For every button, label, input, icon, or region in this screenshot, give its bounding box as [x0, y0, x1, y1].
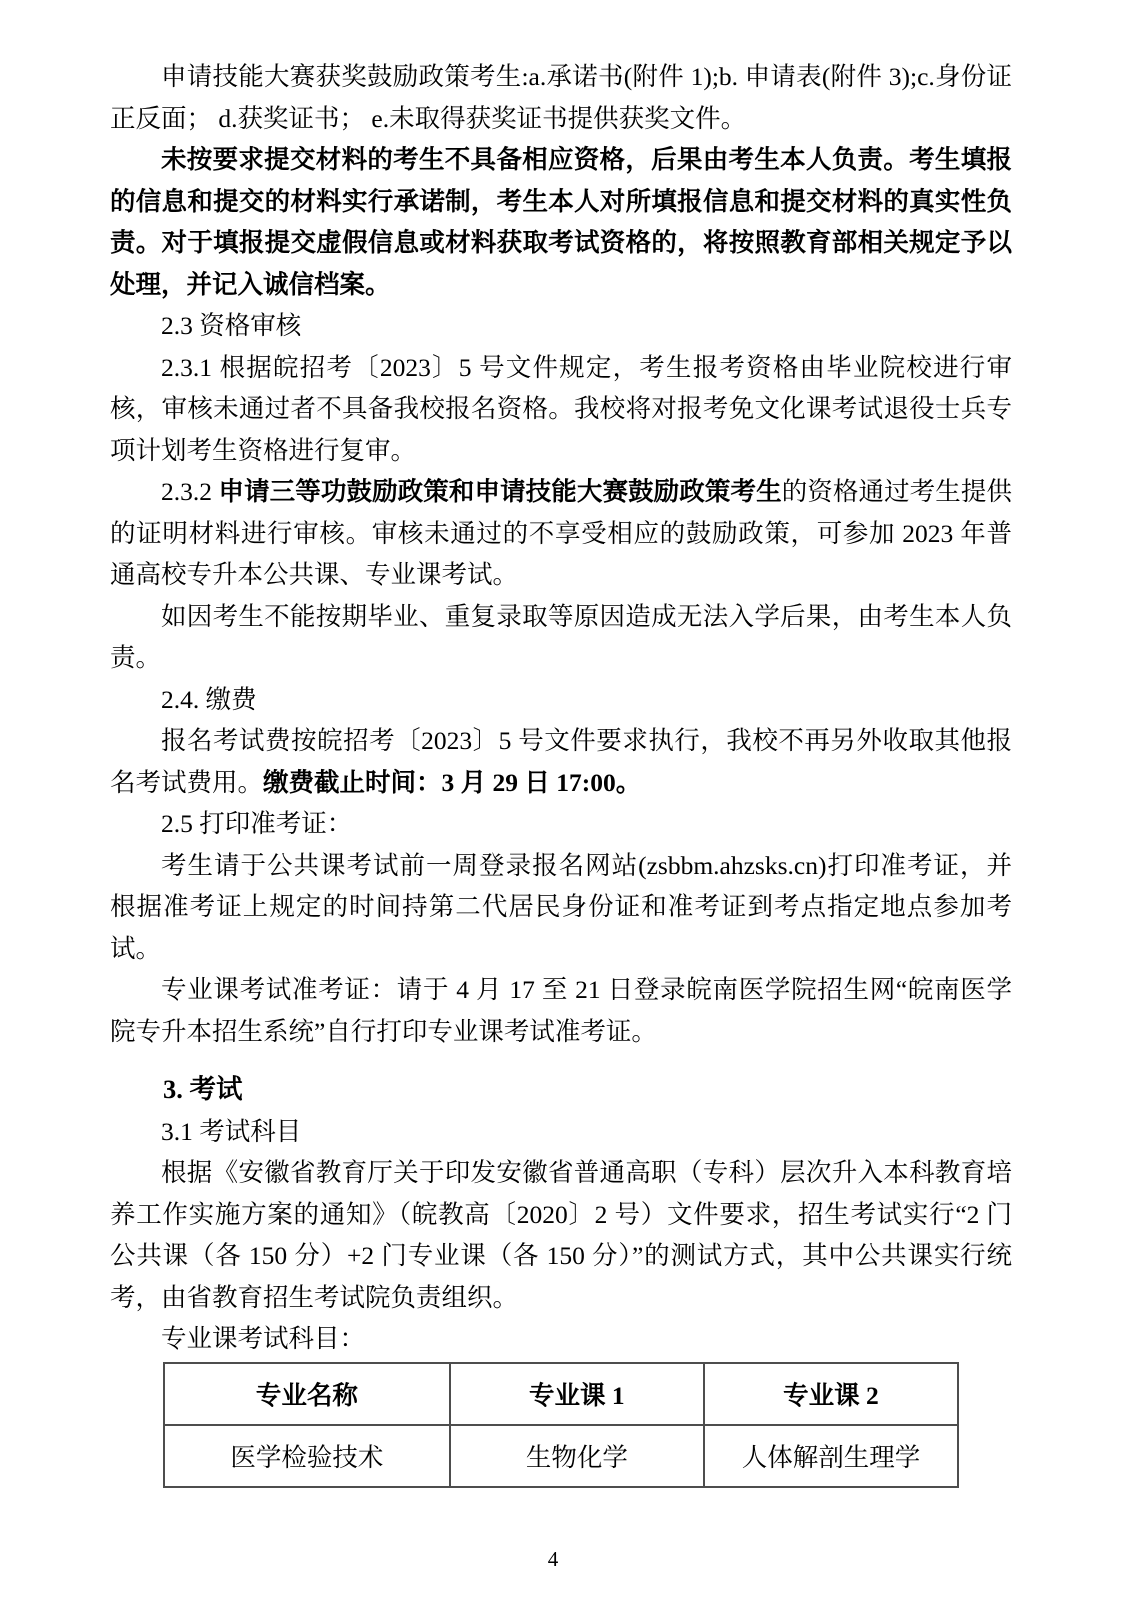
para-material-commitment-warning: 未按要求提交材料的考生不具备相应资格，后果由考生本人负责。考生填报的信息和提交的… — [110, 139, 1012, 305]
para-2-3-2-incentive-review: 2.3.2 申请三等功鼓励政策和申请技能大赛鼓励政策考生的资格通过考生提供的证明… — [110, 471, 1012, 596]
paragraph-text: 专业课考试科目： — [161, 1324, 365, 1353]
para-table-caption: 专业课考试科目： — [110, 1318, 1012, 1360]
table-cell-course-2: 人体解剖生理学 — [704, 1425, 958, 1487]
paragraph-text-bold: 缴费截止时间：3 月 29 日 17:00。 — [263, 768, 641, 797]
para-professional-course-ticket: 专业课考试准考证：请于 4 月 17 至 21 日登录皖南医学院招生网“皖南医学… — [110, 969, 1012, 1052]
table-header-course-2: 专业课 2 — [704, 1363, 958, 1425]
paragraph-text: 2.4. 缴费 — [161, 685, 257, 714]
heading-2-4-payment: 2.4. 缴费 — [110, 679, 1012, 721]
document-content: 申请技能大赛获奖鼓励政策考生:a.承诺书(附件 1);b. 申请表(附件 3);… — [110, 56, 1012, 1488]
para-public-course-ticket: 考生请于公共课考试前一周登录报名网站(zsbbm.ahzsks.cn)打印准考证… — [110, 845, 1012, 970]
paragraph-text: 2.3 资格审核 — [161, 311, 301, 340]
document-page: 申请技能大赛获奖鼓励政策考生:a.承诺书(附件 1);b. 申请表(附件 3);… — [0, 0, 1126, 1612]
paragraph-text: 2.3.1 根据皖招考〔2023〕5 号文件规定，考生报考资格由毕业院校进行审核… — [110, 353, 1012, 465]
heading-3-exam: 3. 考试 — [110, 1069, 1012, 1111]
para-exam-basis: 根据《安徽省教育厅关于印发安徽省普通高职（专科）层次升入本科教育培养工作实施方案… — [110, 1152, 1012, 1318]
paragraph-text: 根据《安徽省教育厅关于印发安徽省普通高职（专科）层次升入本科教育培养工作实施方案… — [110, 1158, 1012, 1312]
table-header-row: 专业名称 专业课 1 专业课 2 — [164, 1363, 958, 1425]
paragraph-text: 2.5 打印准考证： — [161, 809, 352, 838]
paragraph-text: 专业课考试准考证：请于 4 月 17 至 21 日登录皖南医学院招生网“皖南医学… — [110, 975, 1012, 1046]
para-skill-competition-materials: 申请技能大赛获奖鼓励政策考生:a.承诺书(附件 1);b. 申请表(附件 3);… — [110, 56, 1012, 139]
table-cell-course-1: 生物化学 — [450, 1425, 704, 1487]
para-2-3-1-review-rule: 2.3.1 根据皖招考〔2023〕5 号文件规定，考生报考资格由毕业院校进行审核… — [110, 347, 1012, 472]
heading-2-5-print-ticket: 2.5 打印准考证： — [110, 803, 1012, 845]
page-number: 4 — [0, 1547, 1106, 1572]
table-header-course-1: 专业课 1 — [450, 1363, 704, 1425]
paragraph-text-bold: 申请三等功鼓励政策和申请技能大赛鼓励政策考生 — [218, 477, 781, 506]
heading-2-3-qualification-review: 2.3 资格审核 — [110, 305, 1012, 347]
heading-3-1-exam-subjects: 3.1 考试科目 — [110, 1111, 1012, 1153]
table-header-major-name: 专业名称 — [164, 1363, 450, 1425]
paragraph-text: 考生请于公共课考试前一周登录报名网站(zsbbm.ahzsks.cn)打印准考证… — [110, 851, 1012, 963]
para-graduation-risk: 如因考生不能按期毕业、重复录取等原因造成无法入学后果，由考生本人负责。 — [110, 596, 1012, 679]
table-cell-major-name: 医学检验技术 — [164, 1425, 450, 1487]
paragraph-text: 3. 考试 — [163, 1074, 243, 1104]
paragraph-text: 未按要求提交材料的考生不具备相应资格，后果由考生本人负责。考生填报的信息和提交的… — [110, 145, 1012, 299]
paragraph-text: 申请技能大赛获奖鼓励政策考生:a.承诺书(附件 1);b. 申请表(附件 3);… — [110, 62, 1012, 133]
paragraph-text: 如因考生不能按期毕业、重复录取等原因造成无法入学后果，由考生本人负责。 — [110, 602, 1012, 673]
para-payment-detail: 报名考试费按皖招考〔2023〕5 号文件要求执行，我校不再另外收取其他报名考试费… — [110, 720, 1012, 803]
table-row: 医学检验技术 生物化学 人体解剖生理学 — [164, 1425, 958, 1487]
subject-table-wrapper: 专业名称 专业课 1 专业课 2 医学检验技术 生物化学 人体解剖生理学 — [110, 1362, 1012, 1488]
paragraph-text: 2.3.2 — [161, 477, 218, 506]
paragraph-text: 3.1 考试科目 — [161, 1117, 301, 1146]
subject-table: 专业名称 专业课 1 专业课 2 医学检验技术 生物化学 人体解剖生理学 — [163, 1362, 959, 1488]
